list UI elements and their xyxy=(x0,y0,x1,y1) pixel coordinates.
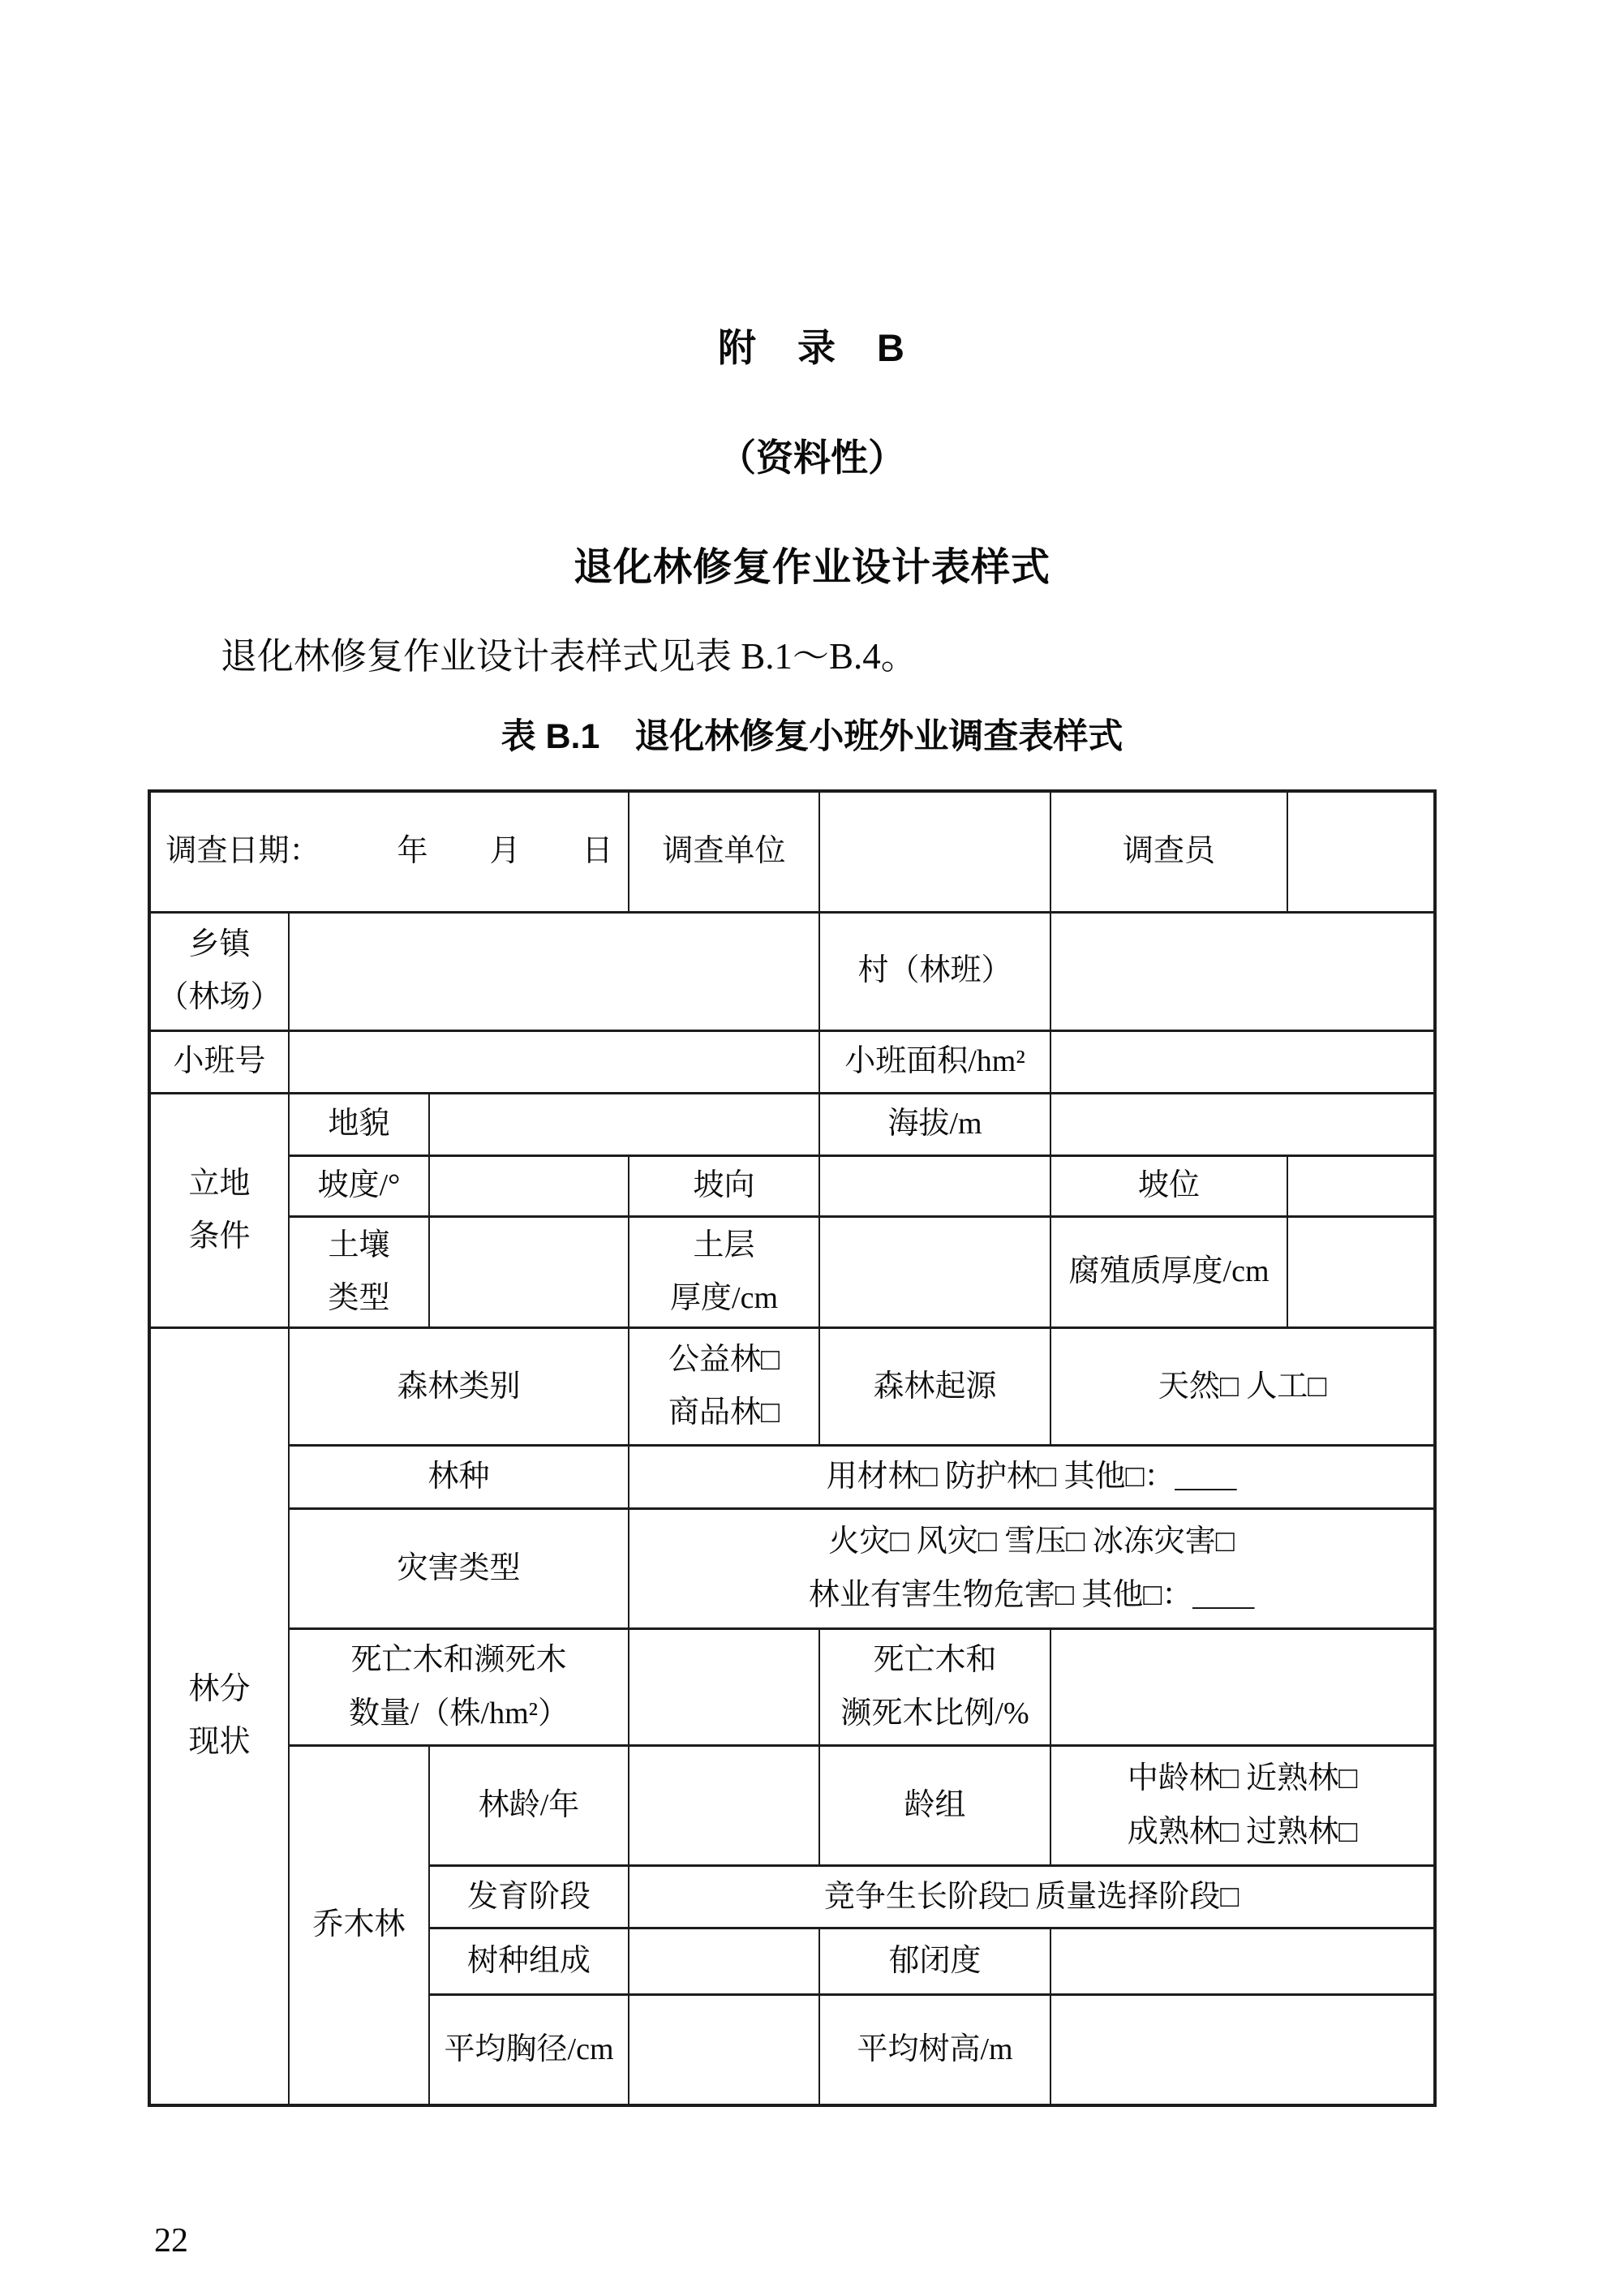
cell-forest-origin-label: 森林起源 xyxy=(819,1328,1050,1446)
cell-stand-age-value xyxy=(629,1746,819,1866)
table-row: 立地 条件 地貌 海拔/m xyxy=(149,1093,1435,1155)
cell-arbor-forest-section-label: 乔木林 xyxy=(289,1746,429,2105)
cell-stand-age-label: 林龄/年 xyxy=(429,1746,629,1866)
cell-slope-aspect-label: 坡向 xyxy=(629,1155,819,1216)
cell-canopy-density-label: 郁闭度 xyxy=(819,1928,1050,1995)
cell-soil-layer-depth-label: 土层 厚度/cm xyxy=(629,1216,819,1328)
cell-survey-unit-value xyxy=(819,791,1050,912)
document-page: 附 录 B （资料性） 退化林修复作业设计表样式 退化林修复作业设计表样式见表 … xyxy=(0,0,1624,2296)
cell-forest-category-label: 森林类别 xyxy=(289,1328,629,1446)
cell-slope-aspect-value xyxy=(819,1155,1050,1216)
cell-site-conditions-section-label: 立地 条件 xyxy=(149,1093,289,1328)
cell-disaster-type-label: 灾害类型 xyxy=(289,1509,629,1629)
cell-landform-label: 地貌 xyxy=(289,1093,429,1155)
cell-surveyor-value xyxy=(1287,791,1435,912)
cell-surveyor-label: 调查员 xyxy=(1050,791,1287,912)
cell-age-group-label: 龄组 xyxy=(819,1746,1050,1866)
table-row: 调查日期： 年 月 日 调查单位 调查员 xyxy=(149,791,1435,912)
cell-slope-degree-value xyxy=(429,1155,629,1216)
cell-village-label: 村（林班） xyxy=(819,912,1050,1030)
cell-avg-tree-height-label: 平均树高/m xyxy=(819,1995,1050,2105)
cell-development-stage-options: 竞争生长阶段□ 质量选择阶段□ xyxy=(629,1866,1435,1928)
cell-humus-depth-label: 腐殖质厚度/cm xyxy=(1050,1216,1287,1328)
cell-slope-position-label: 坡位 xyxy=(1050,1155,1287,1216)
cell-subcompartment-area-value xyxy=(1050,1030,1435,1093)
cell-forest-origin-options: 天然□ 人工□ xyxy=(1050,1328,1435,1446)
cell-soil-layer-depth-value xyxy=(819,1216,1050,1328)
cell-forest-category-options: 公益林□ 商品林□ xyxy=(629,1328,819,1446)
table-row: 土壤 类型 土层 厚度/cm 腐殖质厚度/cm xyxy=(149,1216,1435,1328)
table-row: 灾害类型 火灾□ 风灾□ 雪压□ 冰冻灾害□ 林业有害生物危害□ 其他□：___… xyxy=(149,1509,1435,1629)
cell-slope-degree-label: 坡度/° xyxy=(289,1155,429,1216)
table-row: 小班号 小班面积/hm² xyxy=(149,1030,1435,1093)
cell-village-value xyxy=(1050,912,1435,1030)
cell-subcompartment-area-label: 小班面积/hm² xyxy=(819,1030,1050,1093)
appendix-title: 附 录 B xyxy=(0,318,1624,372)
cell-avg-tree-height-value xyxy=(1050,1995,1435,2105)
table-row: 乡镇 （林场） 村（林班） xyxy=(149,912,1435,1030)
cell-forest-type-options: 用材林□ 防护林□ 其他□：____ xyxy=(629,1446,1435,1509)
cell-survey-unit-label: 调查单位 xyxy=(629,791,819,912)
cell-elevation-value xyxy=(1050,1093,1435,1155)
cell-species-composition-value xyxy=(629,1928,819,1995)
table-row: 坡度/° 坡向 坡位 xyxy=(149,1155,1435,1216)
cell-stand-status-section-label: 林分 现状 xyxy=(149,1328,289,2105)
cell-subcompartment-no-label: 小班号 xyxy=(149,1030,289,1093)
cell-dead-trees-count-value xyxy=(629,1629,819,1746)
cell-elevation-label: 海拔/m xyxy=(819,1093,1050,1155)
cell-species-composition-label: 树种组成 xyxy=(429,1928,629,1995)
cell-avg-dbh-value xyxy=(629,1995,819,2105)
cell-subcompartment-no-value xyxy=(289,1030,819,1093)
cell-age-group-options: 中龄林□ 近熟林□ 成熟林□ 过熟林□ xyxy=(1050,1746,1435,1866)
cell-dead-trees-ratio-value xyxy=(1050,1629,1435,1746)
cell-survey-date-label: 调查日期： 年 月 日 xyxy=(149,791,629,912)
cell-township-label: 乡镇 （林场） xyxy=(149,912,289,1030)
table-row: 林种 用材林□ 防护林□ 其他□：____ xyxy=(149,1446,1435,1509)
table-row: 乔木林 林龄/年 龄组 中龄林□ 近熟林□ 成熟林□ 过熟林□ xyxy=(149,1746,1435,1866)
table-b1-caption: 表 B.1 退化林修复小班外业调查表样式 xyxy=(0,709,1624,759)
cell-forest-type-label: 林种 xyxy=(289,1446,629,1509)
cell-landform-value xyxy=(429,1093,819,1155)
cell-slope-position-value xyxy=(1287,1155,1435,1216)
table-row: 死亡木和濒死木 数量/（株/hm²） 死亡木和 濒死木比例/% xyxy=(149,1629,1435,1746)
table-b1: 调查日期： 年 月 日 调查单位 调查员 乡镇 （林场） 村（林班） 小班号 小… xyxy=(148,789,1437,2107)
cell-dead-trees-ratio-label: 死亡木和 濒死木比例/% xyxy=(819,1629,1050,1746)
cell-dead-trees-count-label: 死亡木和濒死木 数量/（株/hm²） xyxy=(289,1629,629,1746)
cell-soil-type-value xyxy=(429,1216,629,1328)
cell-soil-type-label: 土壤 类型 xyxy=(289,1216,429,1328)
cell-disaster-type-options: 火灾□ 风灾□ 雪压□ 冰冻灾害□ 林业有害生物危害□ 其他□：____ xyxy=(629,1509,1435,1629)
table-row: 林分 现状 森林类别 公益林□ 商品林□ 森林起源 天然□ 人工□ xyxy=(149,1328,1435,1446)
page-number: 22 xyxy=(154,2221,188,2260)
cell-canopy-density-value xyxy=(1050,1928,1435,1995)
cell-humus-depth-value xyxy=(1287,1216,1435,1328)
appendix-subtitle: 退化林修复作业设计表样式 xyxy=(0,535,1624,591)
cell-development-stage-label: 发育阶段 xyxy=(429,1866,629,1928)
cell-avg-dbh-label: 平均胸径/cm xyxy=(429,1995,629,2105)
cell-township-value xyxy=(289,912,819,1030)
appendix-classification: （资料性） xyxy=(0,428,1624,482)
intro-paragraph: 退化林修复作业设计表样式见表 B.1～B.4。 xyxy=(148,626,1478,679)
